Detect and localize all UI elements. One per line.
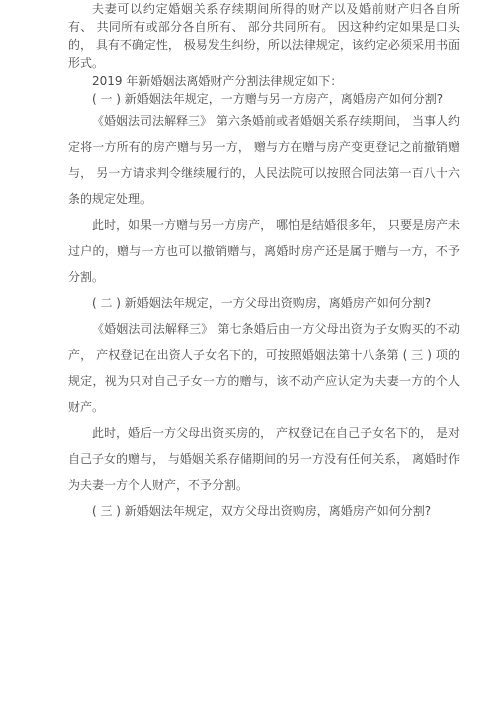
question-3-heading: ( 三 ) 新婚姻法年规定，双方父母出资购房，离婚房产如何分割? (68, 498, 460, 524)
answer-1-explanation: 此时，如果一方赠与另一方房产， 哪怕是结婚很多年， 只要是房产未过户的，赠与一方… (68, 212, 460, 290)
answer-2-explanation: 此时，婚后一方父母出资买房的， 产权登记在自己子女名下的， 是对自己子女的赠与，… (68, 420, 460, 498)
article-body: 夫妻可以约定婚姻关系存续期间所得的财产以及婚前财产归各自所有、 共同所有或部分各… (68, 0, 460, 524)
question-2-heading: ( 二 ) 新婚姻法年规定，一方父母出资购房，离婚房产如何分割? (68, 290, 460, 316)
paragraph-lead-2019: 2019 年新婚姻法离婚财产分割法律规定如下： (68, 72, 460, 90)
question-1-heading: ( 一 ) 新婚姻法年规定，一方赠与另一方房产，离婚房产如何分割? (68, 90, 460, 108)
answer-2-legal-basis: 《婚姻法司法解释三》 第七条婚后由一方父母出资为子女购买的不动产， 产权登记在出… (68, 316, 460, 420)
answer-1-legal-basis: 《婚姻法司法解释三》 第六条婚前或者婚姻关系存续期间， 当事人约定将一方所有的房… (68, 108, 460, 212)
paragraph-intro: 夫妻可以约定婚姻关系存续期间所得的财产以及婚前财产归各自所有、 共同所有或部分各… (68, 0, 460, 72)
document-page: { "page": { "background": "#ffffff", "te… (0, 0, 500, 708)
